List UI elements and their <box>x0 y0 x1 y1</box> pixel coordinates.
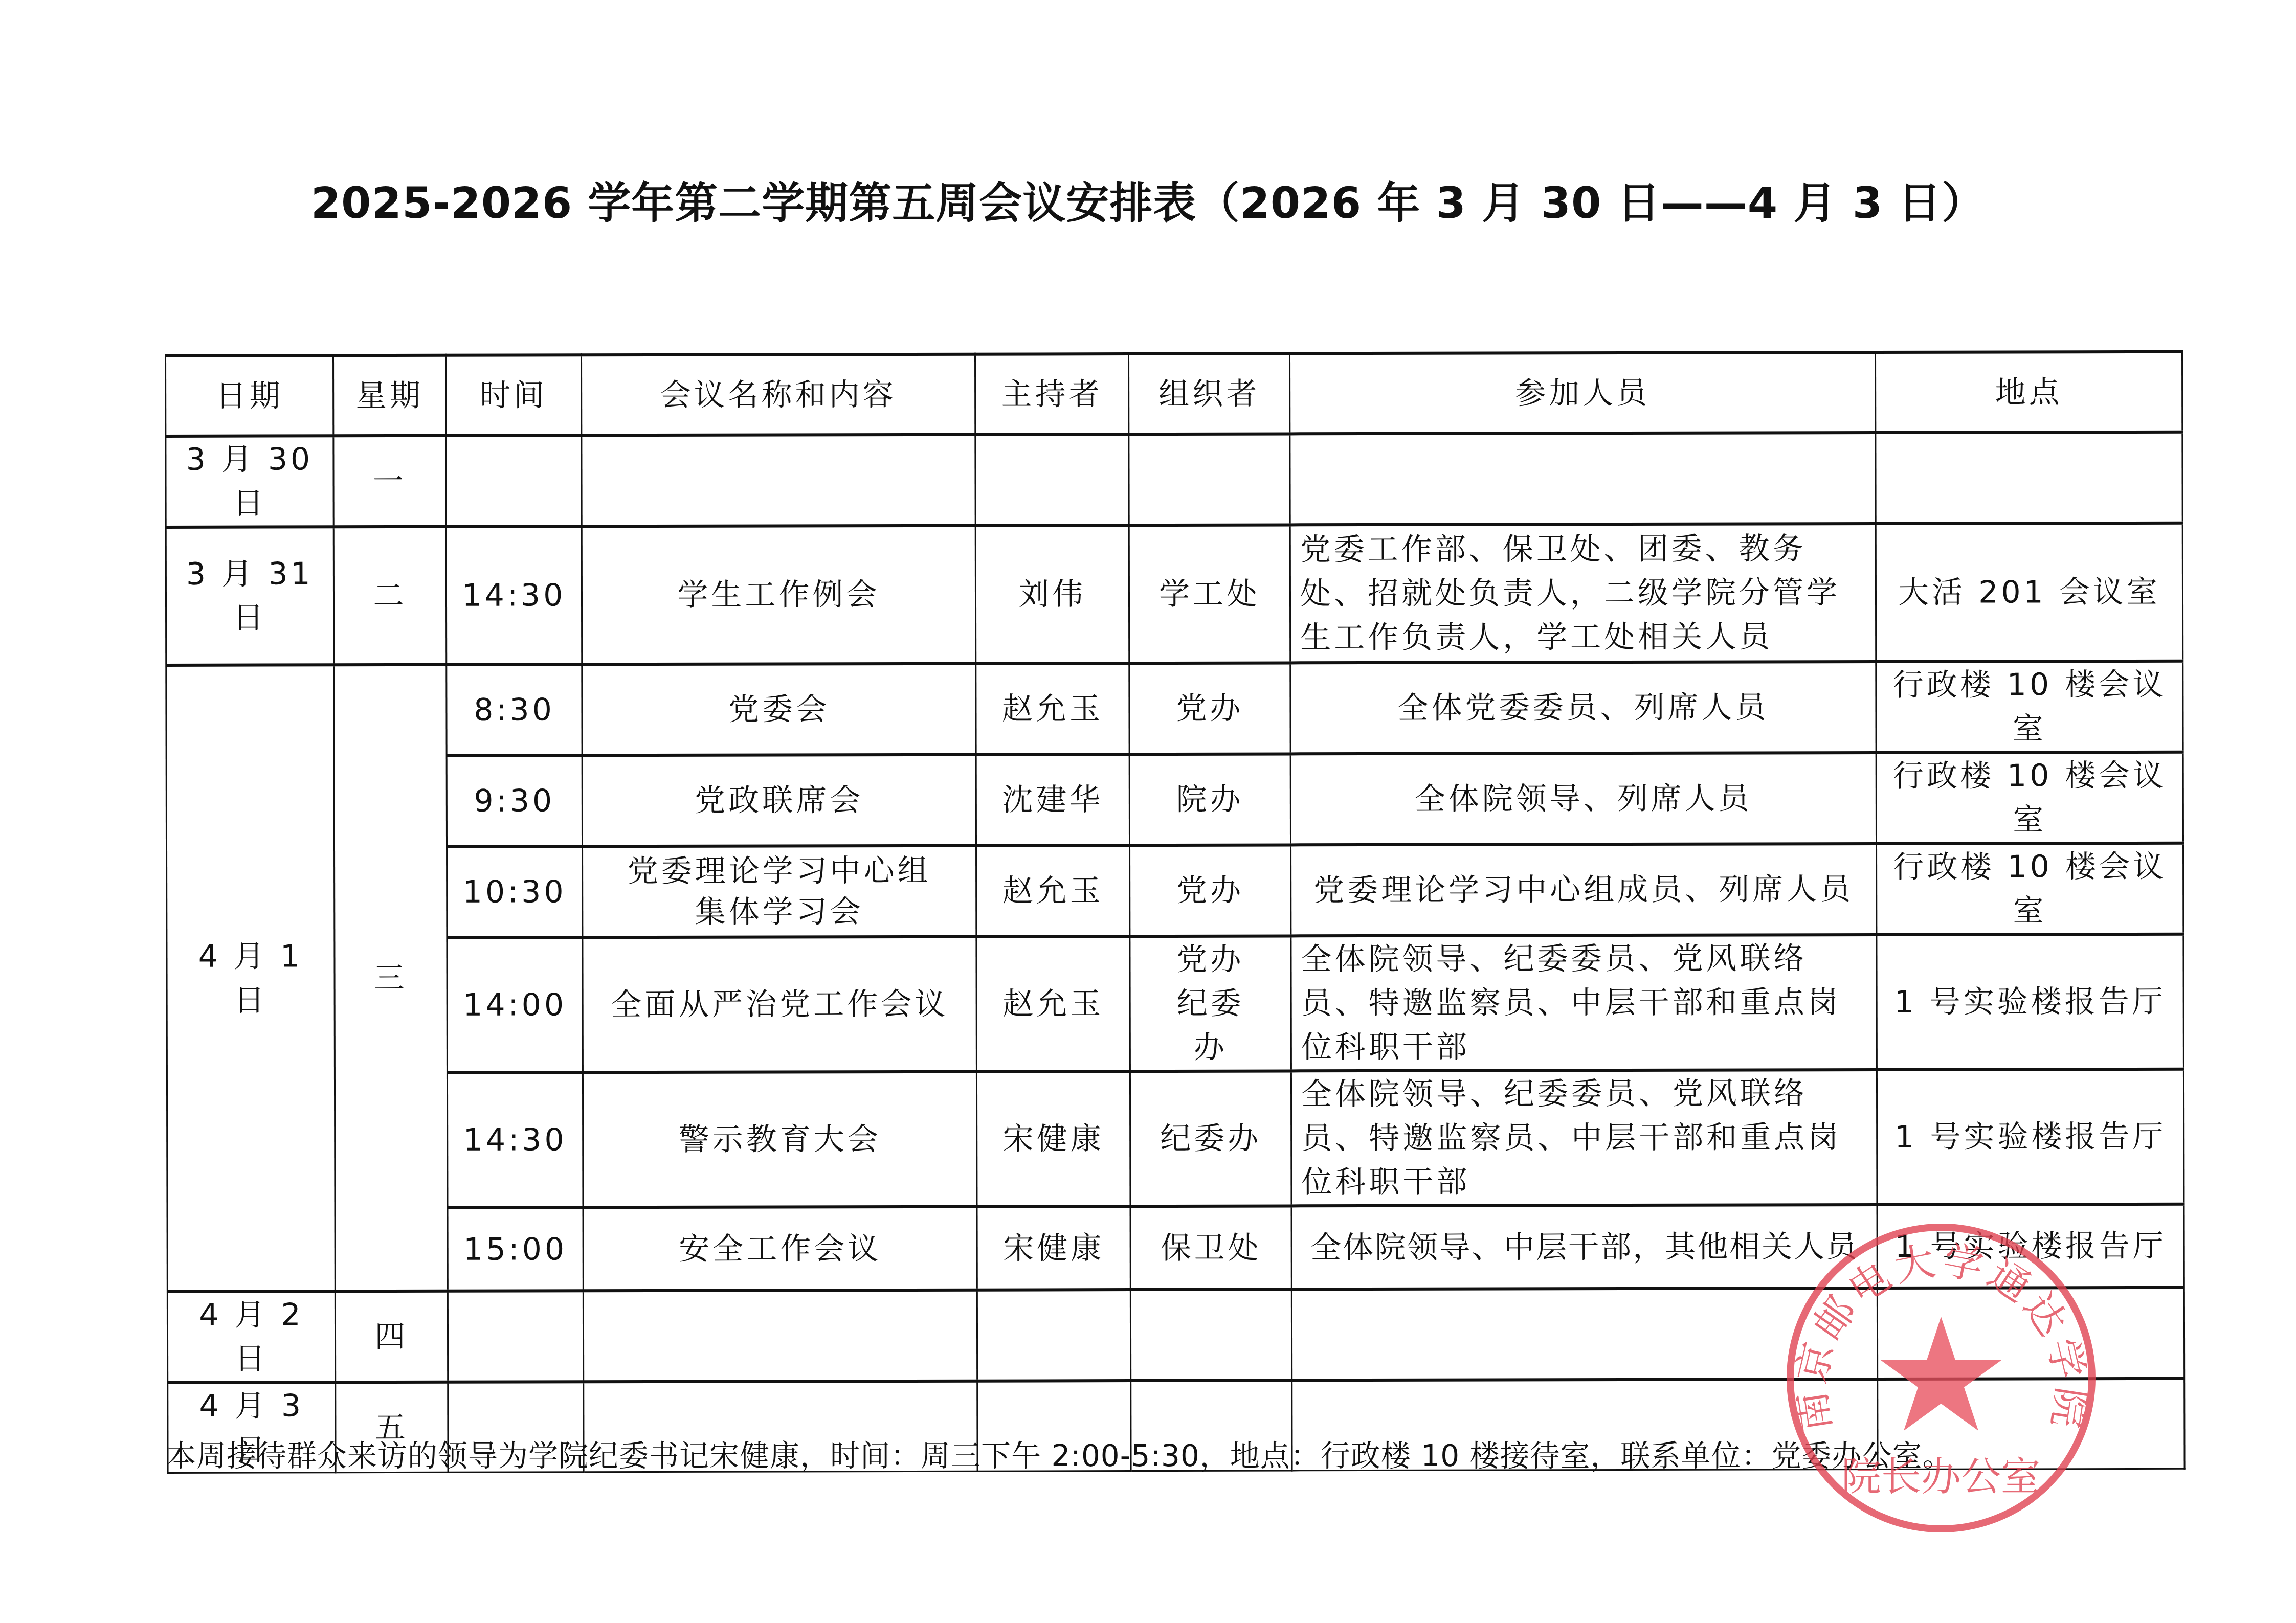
date-cell: 4 月 1 日 <box>166 665 336 1292</box>
header-weekday: 星期 <box>333 355 446 436</box>
date-cell: 3 月 31 日 <box>166 527 334 665</box>
meeting-name-cell: 安全工作会议 <box>583 1207 977 1291</box>
empty-cell <box>583 1290 977 1382</box>
meeting-name-cell: 党政联席会 <box>582 755 976 847</box>
organizer-cell: 保卫处 <box>1130 1206 1291 1290</box>
host-cell: 刘伟 <box>975 525 1129 664</box>
table-row: 10:30 党委理论学习中心组集体学习会 赵允玉 党办 党委理论学习中心组成员、… <box>167 843 2183 938</box>
table-row: 9:30 党政联席会 沈建华 院办 全体院领导、列席人员 行政楼 10 楼会议室 <box>166 752 2183 847</box>
empty-cell <box>1876 432 2182 524</box>
header-host: 主持者 <box>975 354 1129 435</box>
time-cell: 9:30 <box>447 755 582 847</box>
meeting-name-cell: 党委理论学习中心组集体学习会 <box>583 846 976 938</box>
date-cell: 4 月 2 日 <box>167 1291 335 1383</box>
empty-cell <box>1290 433 1876 525</box>
time-cell: 8:30 <box>447 664 582 756</box>
location-cell: 1 号实验楼报告厅 <box>1877 934 2184 1070</box>
empty-cell <box>1130 1289 1291 1381</box>
header-row: 日期 星期 时间 会议名称和内容 主持者 组织者 参加人员 地点 <box>166 352 2182 436</box>
table-row: 3 月 30 日 一 <box>166 432 2182 527</box>
attendees-cell: 党委工作部、保卫处、团委、教务处、招就处负责人，二级学院分管学生工作负责人，学工… <box>1290 524 1876 663</box>
empty-cell <box>1129 434 1290 525</box>
attendees-cell: 全体院领导、纪委委员、党风联络员、特邀监察员、中层干部和重点岗位科职干部 <box>1291 935 1877 1071</box>
time-cell: 10:30 <box>447 846 583 938</box>
weekday-cell: 二 <box>333 527 447 665</box>
table-row: 4 月 1 日 三 8:30 党委会 赵允玉 党办 全体党委委员、列席人员 行政… <box>166 661 2183 756</box>
location-cell: 行政楼 10 楼会议室 <box>1876 661 2183 753</box>
table-row: 14:00 全面从严治党工作会议 赵允玉 党办 纪委办 全体院领导、纪委委员、党… <box>167 934 2184 1073</box>
time-cell: 14:30 <box>446 526 582 665</box>
empty-cell <box>975 434 1129 526</box>
empty-cell <box>448 1291 583 1382</box>
header-organizer: 组织者 <box>1129 353 1290 434</box>
empty-cell <box>446 435 582 527</box>
weekday-cell: 四 <box>335 1291 448 1382</box>
host-cell: 赵允玉 <box>976 663 1129 755</box>
organizer-cell: 党办 <box>1129 663 1290 754</box>
official-seal-icon: 南京邮电大学通达学院 院长办公室 <box>1782 1220 2100 1537</box>
location-cell: 大活 201 会议室 <box>1876 523 2183 662</box>
host-cell: 宋健康 <box>977 1206 1130 1290</box>
meeting-name-cell: 学生工作例会 <box>582 526 976 665</box>
organizer-cell: 党办 纪委办 <box>1130 936 1291 1071</box>
time-cell: 15:00 <box>448 1207 583 1291</box>
header-time: 时间 <box>446 355 582 436</box>
empty-cell <box>582 435 975 527</box>
seal-inner-text: 院长办公室 <box>1841 1454 2041 1500</box>
attendees-cell: 党委理论学习中心组成员、列席人员 <box>1291 844 1877 936</box>
attendees-cell: 全体党委委员、列席人员 <box>1290 662 1876 754</box>
page-title: 2025-2026 学年第二学期第五周会议安排表（2026 年 3 月 30 日… <box>0 169 2296 231</box>
star-icon <box>1881 1317 2001 1431</box>
host-cell: 宋健康 <box>976 1071 1130 1207</box>
time-cell: 14:30 <box>447 1072 583 1208</box>
reception-note: 本周接待群众来访的领导为学院纪委书记宋健康，时间：周三下午 2:00-5:30，… <box>166 1432 1953 1475</box>
organizer-cell: 党办 <box>1130 845 1291 936</box>
table-row: 14:30 警示教育大会 宋健康 纪委办 全体院领导、纪委委员、党风联络员、特邀… <box>167 1069 2184 1208</box>
header-attendees: 参加人员 <box>1290 352 1876 434</box>
meeting-name-cell: 警示教育大会 <box>583 1072 977 1208</box>
meeting-name-cell: 党委会 <box>582 664 976 756</box>
header-location: 地点 <box>1875 352 2182 433</box>
time-cell: 14:00 <box>447 937 583 1073</box>
host-cell: 赵允玉 <box>976 845 1130 937</box>
location-cell: 1 号实验楼报告厅 <box>1877 1069 2184 1205</box>
organizer-cell: 院办 <box>1129 754 1290 845</box>
host-cell: 赵允玉 <box>976 936 1130 1072</box>
date-cell: 3 月 30 日 <box>166 436 333 527</box>
host-cell: 沈建华 <box>976 754 1129 846</box>
weekday-cell: 三 <box>334 665 448 1291</box>
attendees-cell: 全体院领导、纪委委员、党风联络员、特邀监察员、中层干部和重点岗位科职干部 <box>1291 1070 1877 1206</box>
table-row: 3 月 31 日 二 14:30 学生工作例会 刘伟 学工处 党委工作部、保卫处… <box>166 523 2183 665</box>
empty-cell <box>977 1290 1130 1381</box>
header-date: 日期 <box>166 355 333 436</box>
attendees-cell: 全体院领导、列席人员 <box>1290 753 1876 845</box>
organizer-cell: 纪委办 <box>1130 1071 1291 1206</box>
organizer-cell: 学工处 <box>1129 525 1290 663</box>
location-cell: 行政楼 10 楼会议室 <box>1877 843 2183 935</box>
location-cell: 行政楼 10 楼会议室 <box>1876 752 2183 844</box>
meeting-name-cell: 全面从严治党工作会议 <box>583 937 977 1073</box>
header-meeting-name: 会议名称和内容 <box>582 354 975 436</box>
weekday-cell: 一 <box>333 436 446 527</box>
